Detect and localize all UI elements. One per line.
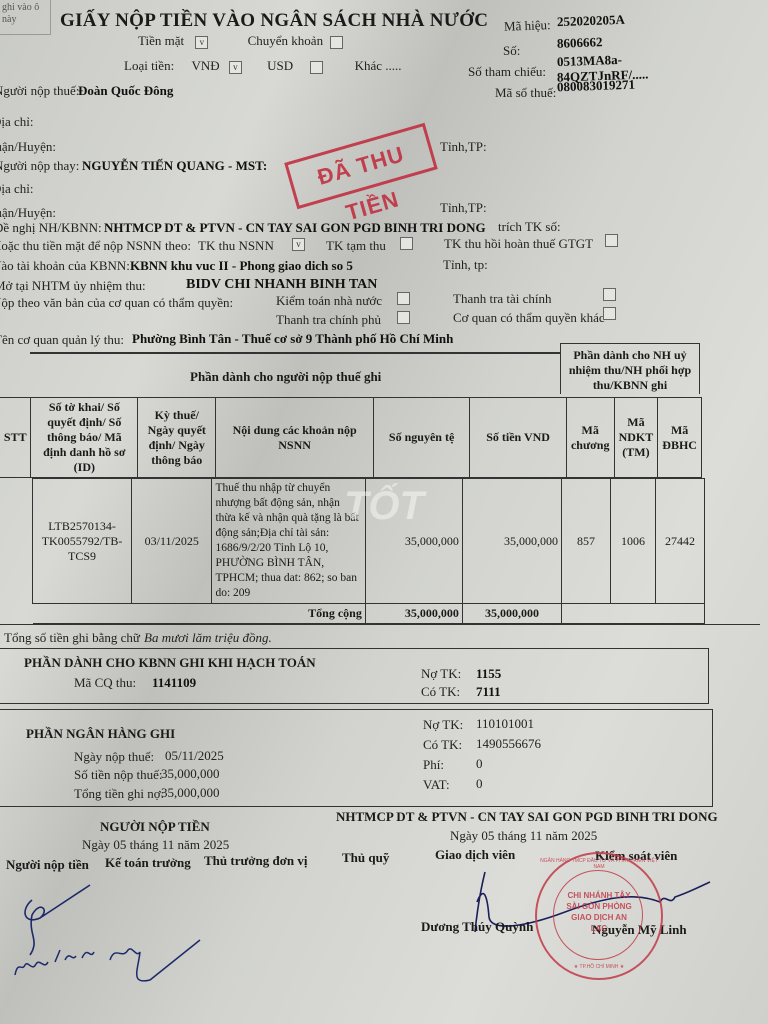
proxy-label: Người nộp thay: bbox=[0, 158, 79, 174]
usd-checkbox[interactable] bbox=[310, 61, 323, 74]
col-noi-dung: Nội dung các khoản nộp NSNN bbox=[216, 398, 373, 478]
transfer-label: Chuyển khoản bbox=[248, 33, 323, 48]
kbnn-province-label: Tỉnh, tp: bbox=[443, 257, 488, 273]
currency-label: Loại tiền: bbox=[124, 58, 174, 73]
ma-cq-thu-label: Mã CQ thu: bbox=[74, 675, 136, 691]
agency-label: Tên cơ quan quản lý thu: bbox=[0, 332, 124, 348]
cell-ma-ndkt: 1006 bbox=[611, 479, 656, 604]
bank-role: Giao dịch viên bbox=[435, 847, 515, 863]
bank-role: Thủ quỹ bbox=[342, 850, 389, 866]
bank-stamp: NGÂN HÀNG TMCP ĐẦU TƯ VÀ PHÁT TRIỂN VIỆT… bbox=[535, 852, 663, 980]
tong-ghi-no-value: 35,000,000 bbox=[161, 785, 220, 801]
cash-checkbox[interactable]: v bbox=[195, 36, 208, 49]
cell-ky-thue: 03/11/2025 bbox=[132, 479, 212, 604]
corner-note: ghi vào ô này bbox=[0, 0, 51, 35]
usd-label: USD bbox=[267, 58, 293, 73]
cash-label: Tiền mặt bbox=[138, 33, 184, 48]
total-vnd: 35,000,000 bbox=[462, 604, 561, 624]
cell-so-tien-vnd: 35,000,000 bbox=[462, 479, 561, 604]
kbnn-no-tk-label: Nợ TK: bbox=[421, 666, 461, 682]
bank-stamp-center: CHI NHÁNH TÂY SÀI GÒN PHÒNG GIAO DỊCH AN… bbox=[537, 890, 661, 934]
col-stt: STT bbox=[0, 398, 31, 478]
total-nguyen-te: 35,000,000 bbox=[365, 604, 462, 624]
kbnn-value: KBNN khu vuc II - Phong giao dich so 5 bbox=[130, 258, 353, 274]
vnd-label: VNĐ bbox=[191, 58, 219, 73]
tk-thu-hoi-checkbox[interactable] bbox=[605, 234, 618, 247]
authority-option-label: Cơ quan có thẩm quyền khác bbox=[453, 310, 605, 326]
authority-option-checkbox[interactable] bbox=[397, 292, 410, 305]
amount-words-label: Tổng số tiền ghi bằng chữ bbox=[4, 630, 140, 646]
cash-deposit-label: Hoặc thu tiền mặt để nộp NSNN theo: bbox=[0, 238, 191, 254]
section-right-box: Phần dành cho NH uỷ nhiệm thu/NH phối hợ… bbox=[560, 343, 700, 394]
cell-so-to-khai: LTB2570134-TK0055792/TB-TCS9 bbox=[33, 479, 132, 604]
tk-tam-thu-label: TK tạm thu bbox=[326, 238, 386, 254]
ma-hieu-value: 252020205A bbox=[557, 12, 625, 30]
bank-no-tk-label: Nợ TK: bbox=[423, 717, 463, 733]
ma-so-thue-label: Mã số thuế: bbox=[495, 85, 556, 101]
payer-address-label: Địa chỉ: bbox=[0, 114, 34, 130]
agency-value: Phường Bình Tân - Thuế cơ sở 9 Thành phố… bbox=[132, 331, 453, 347]
bank-stamp-ring-top: NGÂN HÀNG TMCP ĐẦU TƯ VÀ PHÁT TRIỂN VIỆT… bbox=[537, 858, 661, 870]
watermark: TỐT bbox=[344, 484, 424, 529]
payer-district-label: Quận/Huyện: bbox=[0, 139, 56, 155]
payer-sign-date: Ngày 05 tháng 11 năm 2025 bbox=[82, 837, 229, 853]
tong-ghi-no-label: Tổng tiền ghi nợ: bbox=[74, 786, 164, 802]
authority-option-label: Thanh tra chính phủ bbox=[276, 312, 381, 328]
vat-label: VAT: bbox=[423, 777, 450, 793]
transfer-checkbox[interactable] bbox=[330, 36, 343, 49]
kbnn-co-tk-label: Có TK: bbox=[421, 684, 460, 700]
nhtm-label: Mở tại NHTM ủy nhiệm thu: bbox=[0, 278, 146, 294]
vat-value: 0 bbox=[476, 776, 483, 792]
proxy-value: NGUYỄN TIẾN QUANG - MST: bbox=[82, 158, 267, 174]
bank-co-tk-value: 1490556676 bbox=[476, 736, 541, 752]
kbnn-no-tk-value: 1155 bbox=[476, 666, 501, 682]
cell-noi-dung: Thuế thu nhập từ chuyển nhượng bất động … bbox=[212, 479, 365, 604]
ngay-nop-label: Ngày nộp thuế: bbox=[74, 749, 154, 765]
authority-label: Nộp theo văn bản của cơ quan có thẩm quy… bbox=[0, 295, 233, 311]
nhtm-value: BIDV CHI NHANH BINH TAN bbox=[186, 277, 377, 293]
col-ma-chuong: Mã chương bbox=[566, 398, 614, 478]
ma-cq-thu-value: 1141109 bbox=[152, 675, 196, 691]
bank-no-tk-value: 110101001 bbox=[476, 716, 534, 732]
phi-label: Phí: bbox=[423, 757, 444, 773]
authority-option-checkbox[interactable] bbox=[603, 288, 616, 301]
other-currency-label: Khác ..... bbox=[355, 58, 402, 73]
so-tham-chieu-label: Số tham chiếu: bbox=[468, 64, 546, 80]
payer-name: Đoàn Quốc Đông bbox=[78, 83, 173, 99]
bank-section-title: PHẦN NGÂN HÀNG GHI bbox=[26, 726, 175, 742]
payer-role: Kế toán trưởng bbox=[105, 855, 191, 871]
phi-value: 0 bbox=[476, 756, 483, 772]
section-right-title: Phần dành cho NH uỷ nhiệm thu/NH phối hợ… bbox=[561, 344, 699, 393]
authority-option-label: Kiểm toán nhà nước bbox=[276, 293, 382, 309]
trich-tk-label: trích TK số: bbox=[498, 219, 561, 235]
table-header: STT Số tờ khai/ Số quyết định/ Số thông … bbox=[0, 397, 702, 478]
bank-request-label: Đề nghị NH/KBNN: bbox=[0, 220, 102, 236]
section-left-title: Phần dành cho người nộp thuế ghi bbox=[190, 369, 381, 384]
vnd-checkbox[interactable]: v bbox=[229, 61, 242, 74]
col-ma-ndkt: Mã NDKT (TM) bbox=[614, 398, 658, 478]
proxy-province-label: Tỉnh,TP: bbox=[440, 200, 487, 216]
bank-sign-title: NHTMCP DT & PTVN - CN TAY SAI GON PGD BI… bbox=[336, 809, 718, 825]
bank-stamp-ring-bottom: ★ TP.HỒ CHÍ MINH ★ bbox=[537, 964, 661, 970]
payer-name-label: Người nộp thuế: bbox=[0, 83, 79, 99]
bank-sign-date: Ngày 05 tháng 11 năm 2025 bbox=[450, 828, 597, 844]
authority-option-checkbox[interactable] bbox=[603, 307, 616, 320]
payer-role: Người nộp tiền bbox=[6, 857, 89, 873]
kbnn-label: Vào tài khoản của KBNN: bbox=[0, 258, 130, 274]
ma-hieu-label: Mã hiệu: bbox=[504, 17, 551, 35]
kbnn-co-tk-value: 7111 bbox=[476, 684, 501, 700]
payment-method-row: Tiền mặt v Chuyển khoản bbox=[138, 33, 343, 49]
col-so-tien-vnd: Số tiền VND bbox=[470, 398, 567, 478]
tk-thu-hoi-label: TK thu hồi hoàn thuế GTGT bbox=[444, 236, 593, 252]
so-value: 8606662 bbox=[557, 34, 603, 52]
bank-request-value: NHTMCP DT & PTVN - CN TAY SAI GON PGD BI… bbox=[104, 220, 486, 236]
payer-sign-title: NGƯỜI NỘP TIỀN bbox=[100, 819, 210, 835]
kbnn-section-title: PHẦN DÀNH CHO KBNN GHI KHI HẠCH TOÁN bbox=[24, 655, 316, 671]
payer-role: Thủ trưởng đơn vị bbox=[204, 853, 307, 869]
total-label: Tổng cộng bbox=[33, 604, 366, 624]
ngay-nop-value: 05/11/2025 bbox=[165, 748, 224, 764]
col-so-nguyen-te: Số nguyên tệ bbox=[373, 398, 470, 478]
cell-ma-dbhc: 27442 bbox=[655, 479, 704, 604]
proxy-district-label: Quận/Huyện: bbox=[0, 205, 56, 221]
so-label: Số: bbox=[503, 43, 520, 59]
col-so-to-khai: Số tờ khai/ Số quyết định/ Số thông báo/… bbox=[31, 398, 138, 478]
tk-thu-nsnn-checkbox[interactable]: v bbox=[292, 238, 305, 251]
authority-option-checkbox[interactable] bbox=[397, 311, 410, 324]
proxy-address-label: Địa chỉ: bbox=[0, 181, 34, 197]
amount-words-value: Ba mươi lăm triệu đồng. bbox=[144, 630, 272, 646]
paid-stamp: ĐÃ THU TIỀN bbox=[284, 123, 438, 209]
payer-province-label: Tỉnh,TP: bbox=[440, 139, 487, 155]
ma-so-thue-value: 080083019271 bbox=[557, 77, 636, 96]
bank-co-tk-label: Có TK: bbox=[423, 737, 462, 753]
teller-name: Dương Thúy Quỳnh bbox=[421, 919, 533, 935]
tk-tam-thu-checkbox[interactable] bbox=[400, 237, 413, 250]
cell-ma-chuong: 857 bbox=[562, 479, 611, 604]
col-ma-dbhc: Mã ĐBHC bbox=[658, 398, 702, 478]
authority-option-label: Thanh tra tài chính bbox=[453, 291, 552, 307]
total-row: Tổng cộng 35,000,000 35,000,000 bbox=[33, 604, 705, 624]
tk-thu-nsnn-label: TK thu NSNN bbox=[198, 238, 274, 254]
col-ky-thue: Kỳ thuế/ Ngày quyết định/ Ngày thông báo bbox=[138, 398, 216, 478]
so-tien-label: Số tiền nộp thuế: bbox=[74, 767, 162, 783]
document-title: GIẤY NỘP TIỀN VÀO NGÂN SÁCH NHÀ NƯỚC bbox=[60, 10, 488, 32]
so-tien-value: 35,000,000 bbox=[161, 766, 220, 782]
currency-row: Loại tiền: VNĐ v USD Khác ..... bbox=[124, 58, 402, 74]
